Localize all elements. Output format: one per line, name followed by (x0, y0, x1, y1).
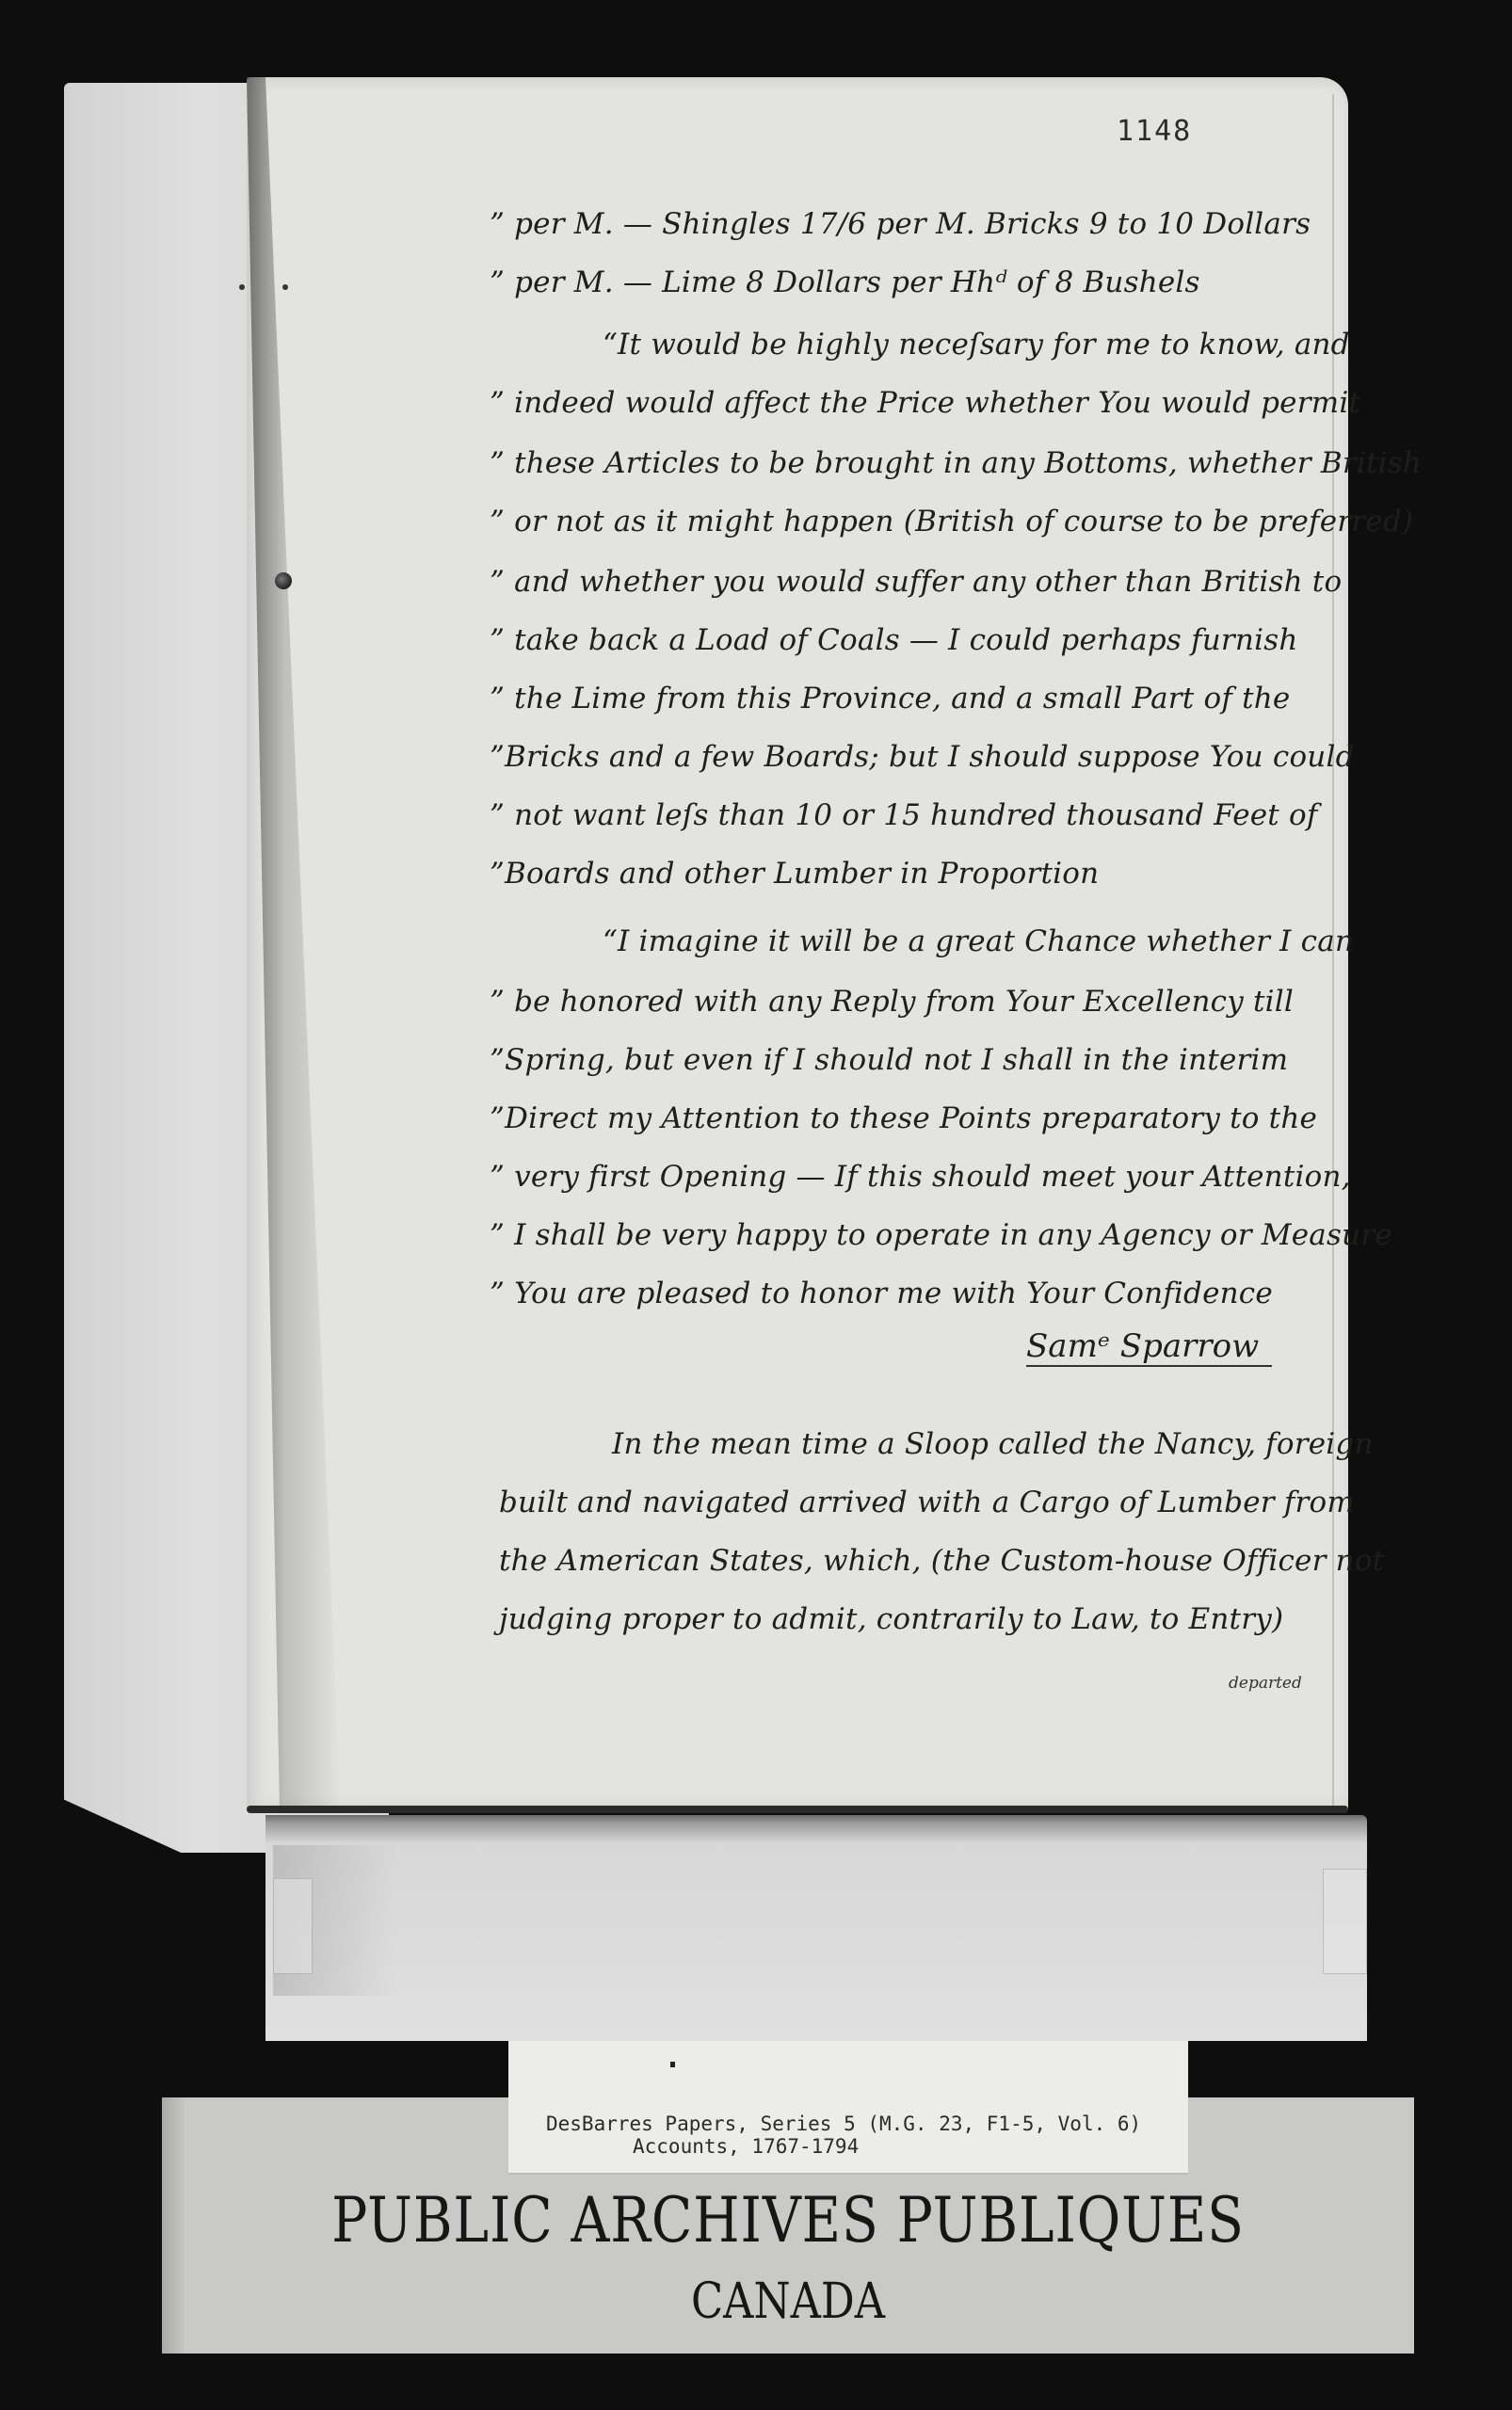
letter-line: ” per M. — Shingles 17/6 per M. Bricks 9… (490, 207, 1337, 241)
letter-line: ” and whether you would suffer any other… (490, 565, 1337, 599)
tape-strip (273, 1878, 313, 1974)
pin-hole (282, 284, 288, 290)
letter-line: ”Direct my Attention to these Points pre… (490, 1101, 1337, 1135)
letter-line: ” very first Opening — If this should me… (490, 1160, 1337, 1194)
label-mark (670, 2062, 675, 2067)
label-accounts-line: Accounts, 1767-1794 (633, 2135, 859, 2158)
letter-line: ” these Articles to be brought in any Bo… (490, 446, 1337, 480)
banner-title: PUBLIC ARCHIVES PUBLIQUES (249, 2184, 1327, 2257)
banner-subtitle: CANADA (249, 2273, 1327, 2330)
letter-line: ”Bricks and a few Boards; but I should s… (490, 740, 1337, 774)
narrative-line: In the mean time a Sloop called the Nanc… (612, 1427, 1459, 1461)
banner-left-edge (162, 2097, 185, 2354)
letter-line: “It would be highly neceſsary for me to … (603, 328, 1450, 361)
letter-line: ” or not as it might happen (British of … (490, 505, 1337, 538)
narrative-line: judging proper to admit, contrarily to L… (499, 1602, 1346, 1636)
folio-number: 1148 (1117, 115, 1192, 148)
letter-line: ”Spring, but even if I should not I shal… (490, 1043, 1337, 1077)
letter-line: ”Boards and other Lumber in Proportion (490, 857, 1337, 891)
pin-icon (275, 572, 292, 589)
letter-line: ” the Lime from this Province, and a sma… (490, 682, 1337, 715)
narrative-line: the American States, which, (the Custom-… (499, 1544, 1346, 1578)
tape-strip (1323, 1869, 1367, 1974)
narrative-line: built and navigated arrived with a Cargo… (499, 1486, 1346, 1519)
pin-hole (239, 284, 245, 290)
letter-line: “I imagine it will be a great Chance whe… (603, 924, 1450, 958)
letter-line: ” take back a Load of Coals — I could pe… (490, 623, 1337, 657)
catchword: departed (1229, 1674, 1302, 1693)
letter-line: ” per M. — Lime 8 Dollars per Hhᵈ of 8 B… (490, 265, 1337, 299)
label-collection-line: DesBarres Papers, Series 5 (M.G. 23, F1-… (546, 2113, 1141, 2135)
page-bottom-edge (247, 1806, 1348, 1813)
signature: Samᵉ Sparrow (1026, 1327, 1272, 1367)
letter-line: ” indeed would affect the Price whether … (490, 386, 1337, 420)
letter-line: ” not want leſs than 10 or 15 hundred th… (490, 798, 1337, 832)
letter-line: ” You are pleased to honor me with Your … (490, 1277, 1337, 1310)
letter-line: ” be honored with any Reply from Your Ex… (490, 985, 1337, 1019)
letter-line: ” I shall be very happy to operate in an… (490, 1218, 1337, 1252)
lower-folded-paper (265, 1815, 1367, 2041)
